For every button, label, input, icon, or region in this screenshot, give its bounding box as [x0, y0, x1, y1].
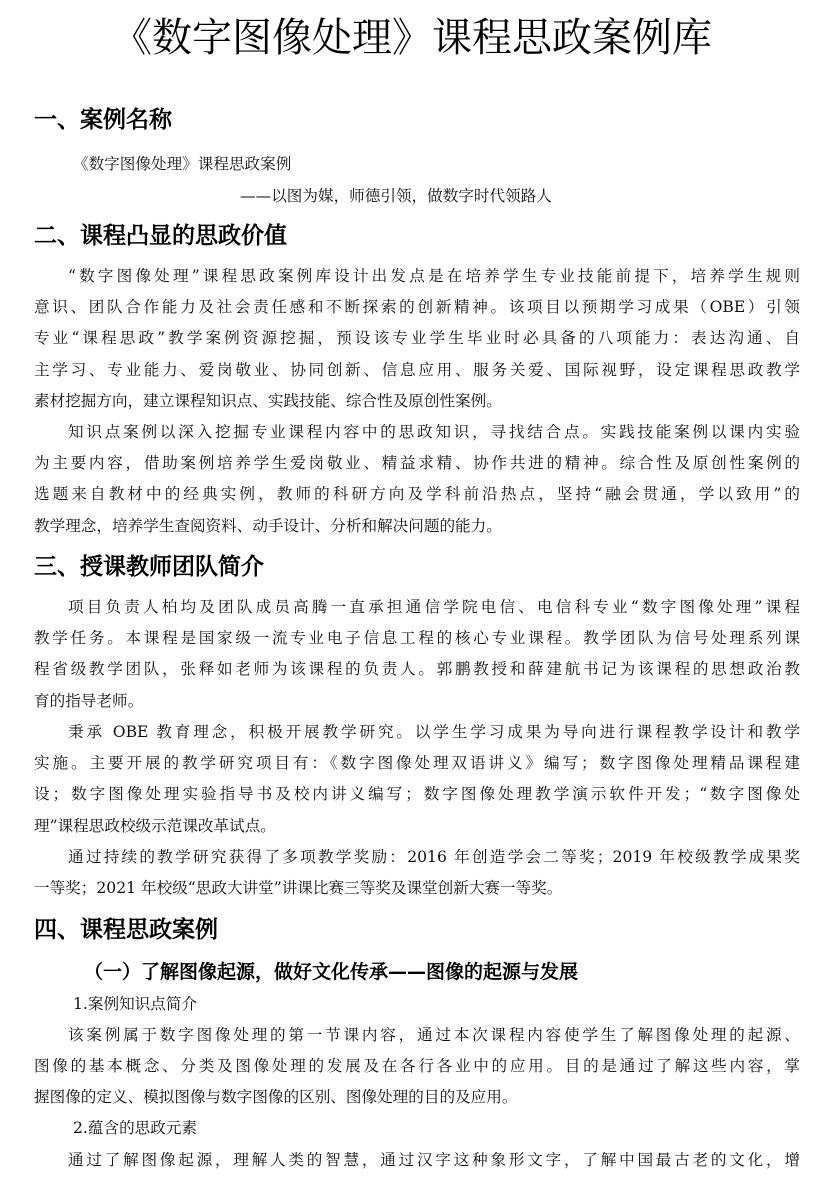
text-line: 设；数字图像处理实验指导书及校内讲义编写；数字图像处理教学演示软件开发；“数字图… [34, 779, 800, 810]
text-line: 知识点案例以深入挖掘专业课程内容中的思政知识，寻找结合点。实践技能案例以课内实验 [34, 417, 800, 448]
text-line: 通过了解图像起源，理解人类的智慧，通过汉字这种象形文字，了解中国最古老的文化，增 [34, 1145, 800, 1176]
section-heading-ideological-value: 二、课程凸显的思政价值 [34, 220, 287, 252]
paragraph-value-1: “数字图像处理”课程思政案例库设计出发点是在培养学生专业技能前提下，培养学生规则… [34, 261, 800, 417]
section-heading-case-name: 一、案例名称 [34, 104, 172, 136]
case1-item1-paragraph: 该案例属于数字图像处理的第一节课内容，通过本次课程内容使学生了解图像处理的起源、… [34, 1020, 800, 1114]
text-line: 程省级教学团队，张释如老师为该课程的负责人。郭鹏教授和薛建航书记为该课程的思想政… [34, 654, 800, 685]
case1-heading: （一）了解图像起源，做好文化传承——图像的起源与发展 [84, 958, 578, 986]
text-line: 选题来自教材中的经典实例，教师的科研方向及学科前沿热点，坚持“融会贯通，学以致用… [34, 479, 800, 510]
text-line: 图像的基本概念、分类及图像处理的发展及在各行各业中的应用。目的是通过了解这些内容… [34, 1051, 800, 1082]
case1-item2-label: 2.蕴含的思政元素 [73, 1114, 197, 1142]
text-line: 该案例属于数字图像处理的第一节课内容，通过本次课程内容使学生了解图像处理的起源、 [34, 1020, 800, 1051]
paragraph-value-2: 知识点案例以深入挖掘专业课程内容中的思政知识，寻找结合点。实践技能案例以课内实验… [34, 417, 800, 542]
case1-item2-paragraph: 通过了解图像起源，理解人类的智慧，通过汉字这种象形文字，了解中国最古老的文化，增 [34, 1145, 800, 1176]
text-line: 秉承 OBE 教育理念，积极开展教学研究。以学生学习成果为导向进行课程教学设计和… [34, 717, 800, 748]
case-subtitle: ——以图为媒，师德引领，做数字时代领路人 [240, 182, 552, 210]
section-heading-cases: 四、课程思政案例 [34, 914, 218, 946]
paragraph-team-2: 秉承 OBE 教育理念，积极开展教学研究。以学生学习成果为导向进行课程教学设计和… [34, 717, 800, 842]
text-line: 项目负责人柏均及团队成员高腾一直承担通信学院电信、电信科专业“数字图像处理”课程 [34, 592, 800, 623]
document-title: 《数字图像处理》课程思政案例库 [0, 10, 824, 66]
paragraph-team-3: 通过持续的教学研究获得了多项教学奖励：2016 年创造学会二等奖；2019 年校… [34, 842, 800, 904]
text-line: 理”课程思政校级示范课改革试点。 [34, 811, 800, 842]
case-name: 《数字图像处理》课程思政案例 [73, 150, 291, 178]
text-line: “数字图像处理”课程思政案例库设计出发点是在培养学生专业技能前提下，培养学生规则 [34, 261, 800, 292]
text-line: 为主要内容，借助案例培养学生爱岗敬业、精益求精、协作共进的精神。综合性及原创性案… [34, 448, 800, 479]
text-line: 握图像的定义、模拟图像与数字图像的区别、图像处理的目的及应用。 [34, 1082, 800, 1113]
text-line: 主学习、专业能力、爱岗敬业、协同创新、信息应用、服务关爱、国际视野，设定课程思政… [34, 355, 800, 386]
text-line: 教学任务。本课程是国家级一流专业电子信息工程的核心专业课程。教学团队为信号处理系… [34, 623, 800, 654]
text-line: 实施。主要开展的教学研究项目有：《数字图像处理双语讲义》编写；数字图像处理精品课… [34, 748, 800, 779]
text-line: 育的指导老师。 [34, 686, 800, 717]
case1-item1-label: 1.案例知识点简介 [73, 990, 197, 1018]
text-line: 通过持续的教学研究获得了多项教学奖励：2016 年创造学会二等奖；2019 年校… [34, 842, 800, 873]
text-line: 一等奖；2021 年校级“思政大讲堂”讲课比赛三等奖及课堂创新大赛一等奖。 [34, 873, 800, 904]
text-line: 意识、团队合作能力及社会责任感和不断探索的创新精神。该项目以预期学习成果（OBE… [34, 292, 800, 323]
section-heading-teaching-team: 三、授课教师团队简介 [34, 551, 264, 583]
text-line: 专业“课程思政”教学案例资源挖掘，预设该专业学生毕业时必具备的八项能力：表达沟通… [34, 323, 800, 354]
text-line: 教学理念，培养学生查阅资料、动手设计、分析和解决问题的能力。 [34, 511, 800, 542]
paragraph-team-1: 项目负责人柏均及团队成员高腾一直承担通信学院电信、电信科专业“数字图像处理”课程… [34, 592, 800, 717]
text-line: 素材挖掘方向，建立课程知识点、实践技能、综合性及原创性案例。 [34, 386, 800, 417]
